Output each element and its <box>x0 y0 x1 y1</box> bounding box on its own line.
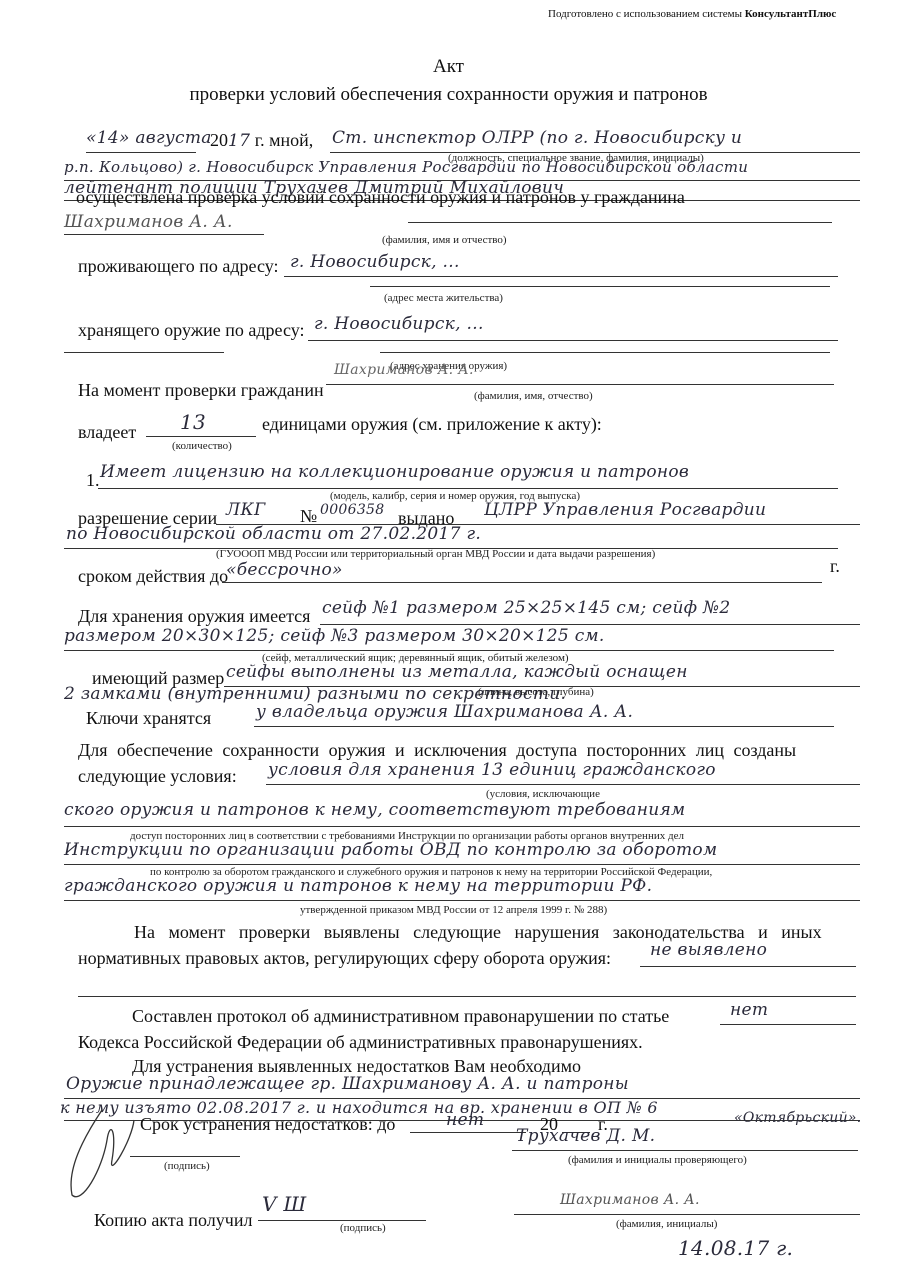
owner-value: Шахриманов А. А. <box>334 362 474 378</box>
deadline-value: нет <box>446 1110 484 1130</box>
permit-series: ЛКГ <box>226 500 266 520</box>
storage-address-value: г. Новосибирск, ... <box>314 314 484 334</box>
count-caption: (количество) <box>172 440 232 452</box>
conditions-line-1: условия для хранения 13 единиц гражданск… <box>268 760 716 780</box>
year-suffix: 17 <box>228 131 250 151</box>
inspector-name: Трухачев Д. М. <box>516 1126 655 1146</box>
remedy-line-1: Оружие принадлежащее гр. Шахриманову А. … <box>66 1074 629 1094</box>
protocol-line-2: Кодекса Российской Федерации об админист… <box>78 1032 643 1053</box>
keys-label: Ключи хранятся <box>86 708 211 729</box>
receipt-date: 14.08.17 г. <box>678 1236 793 1260</box>
residence-label: проживающего по адресу: <box>78 256 278 277</box>
recipient-name-caption: (фамилия, инициалы) <box>616 1218 717 1230</box>
keys-value: у владельца оружия Шахриманова А. А. <box>256 702 633 722</box>
conditions-line-4: гражданского оружия и патронов к нему на… <box>64 876 652 896</box>
storage-address-label: хранящего оружие по адресу: <box>78 320 305 341</box>
conditions-label: следующие условия: <box>78 766 237 787</box>
violations-value: не выявлено <box>650 940 767 960</box>
inspector-line-2: р.п. Кольцово) г. Новосибирск Управления… <box>64 158 748 176</box>
permit-issued-by-2: по Новосибирской области от 27.02.2017 г… <box>66 524 481 544</box>
validity-suffix: г. <box>830 556 840 577</box>
citizen-caption: (фамилия, имя и отчество) <box>382 234 507 246</box>
permit-number: 0006358 <box>320 502 384 518</box>
prepared-note-text: Подготовлено с использованием системы <box>548 8 745 20</box>
size-caption: (длина, высота, глубина) <box>478 686 594 698</box>
storage-line-1: сейф №1 размером 25×25×145 см; сейф №2 <box>322 598 731 618</box>
document-subtitle: проверки условий обеспечения сохранности… <box>0 84 897 106</box>
year-label-text: г. мной, <box>255 130 314 150</box>
copy-signature: V Ш <box>262 1192 307 1216</box>
citizen-name: Шахриманов А. А. <box>64 212 233 232</box>
protocol-label: Составлен протокол об административном п… <box>132 1006 669 1027</box>
day-value: «14» августа <box>86 128 212 148</box>
recipient-signature-caption: (подпись) <box>340 1222 386 1234</box>
day: 14 <box>97 128 119 148</box>
recipient-name: Шахриманов А. А. <box>560 1192 700 1208</box>
residence-caption: (адрес места жительства) <box>384 292 503 304</box>
copy-label: Копию акта получил <box>94 1210 252 1231</box>
year-label: 2017 г. мной, <box>210 130 313 151</box>
conditions-line-2: ского оружия и патронов к нему, соответс… <box>64 800 685 820</box>
owner-label: На момент проверки гражданин <box>78 380 324 401</box>
inspector-signature-icon <box>62 1100 142 1210</box>
month: августа <box>135 128 211 148</box>
units-text: единицами оружия (см. приложение к акту)… <box>262 414 602 435</box>
brand-name: КонсультантПлюс <box>745 8 837 20</box>
residence-value: г. Новосибирск, ... <box>290 252 460 272</box>
remedy-line-3: «Октябрьский». <box>734 1110 862 1126</box>
year-prefix: 20 <box>210 130 228 150</box>
validity-value: «бессрочно» <box>226 560 343 580</box>
owner-caption: (фамилия, имя, отчество) <box>474 390 593 402</box>
signature-caption: (подпись) <box>164 1160 210 1172</box>
inspector-line-1: Ст. инспектор ОЛРР (по г. Новосибирску и <box>332 128 742 148</box>
inspector-name-caption: (фамилия и инициалы проверяющего) <box>568 1154 747 1166</box>
storage-line-2: размером 20×30×125; сейф №3 размером 30×… <box>64 626 605 646</box>
permit-issued-by-1: ЦЛРР Управления Росгвардии <box>484 500 766 520</box>
conditions-line-3: Инструкции по организации работы ОВД по … <box>64 840 717 860</box>
performed-text: осуществлена проверка условий сохранност… <box>76 187 685 208</box>
violations-line-2: нормативных правовых актов, регулирующих… <box>78 948 611 969</box>
validity-label: сроком действия до <box>78 566 228 587</box>
weapon-count: 13 <box>180 410 206 434</box>
deadline-label: Срок устранения недостатков: до <box>140 1114 395 1135</box>
protocol-value: нет <box>730 1000 768 1020</box>
permit-issued-caption: (ГУОООП МВД России или территориальный о… <box>216 548 655 560</box>
consultant-note: Подготовлено с использованием системы Ко… <box>548 8 836 20</box>
conditions-intro: Для обеспечение сохранности оружия и иск… <box>78 740 796 761</box>
storage-label: Для хранения оружия имеется <box>78 606 310 627</box>
size-line-1: сейфы выполнены из металла, каждый оснащ… <box>226 662 688 682</box>
item-value: Имеет лицензию на коллекционирование ору… <box>100 462 689 482</box>
conditions-caption-1: (условия, исключающие <box>486 788 600 800</box>
document-title: Акт <box>0 56 897 78</box>
owns-label: владеет <box>78 422 136 443</box>
conditions-caption-4: утвержденной приказом МВД России от 12 а… <box>300 904 607 916</box>
